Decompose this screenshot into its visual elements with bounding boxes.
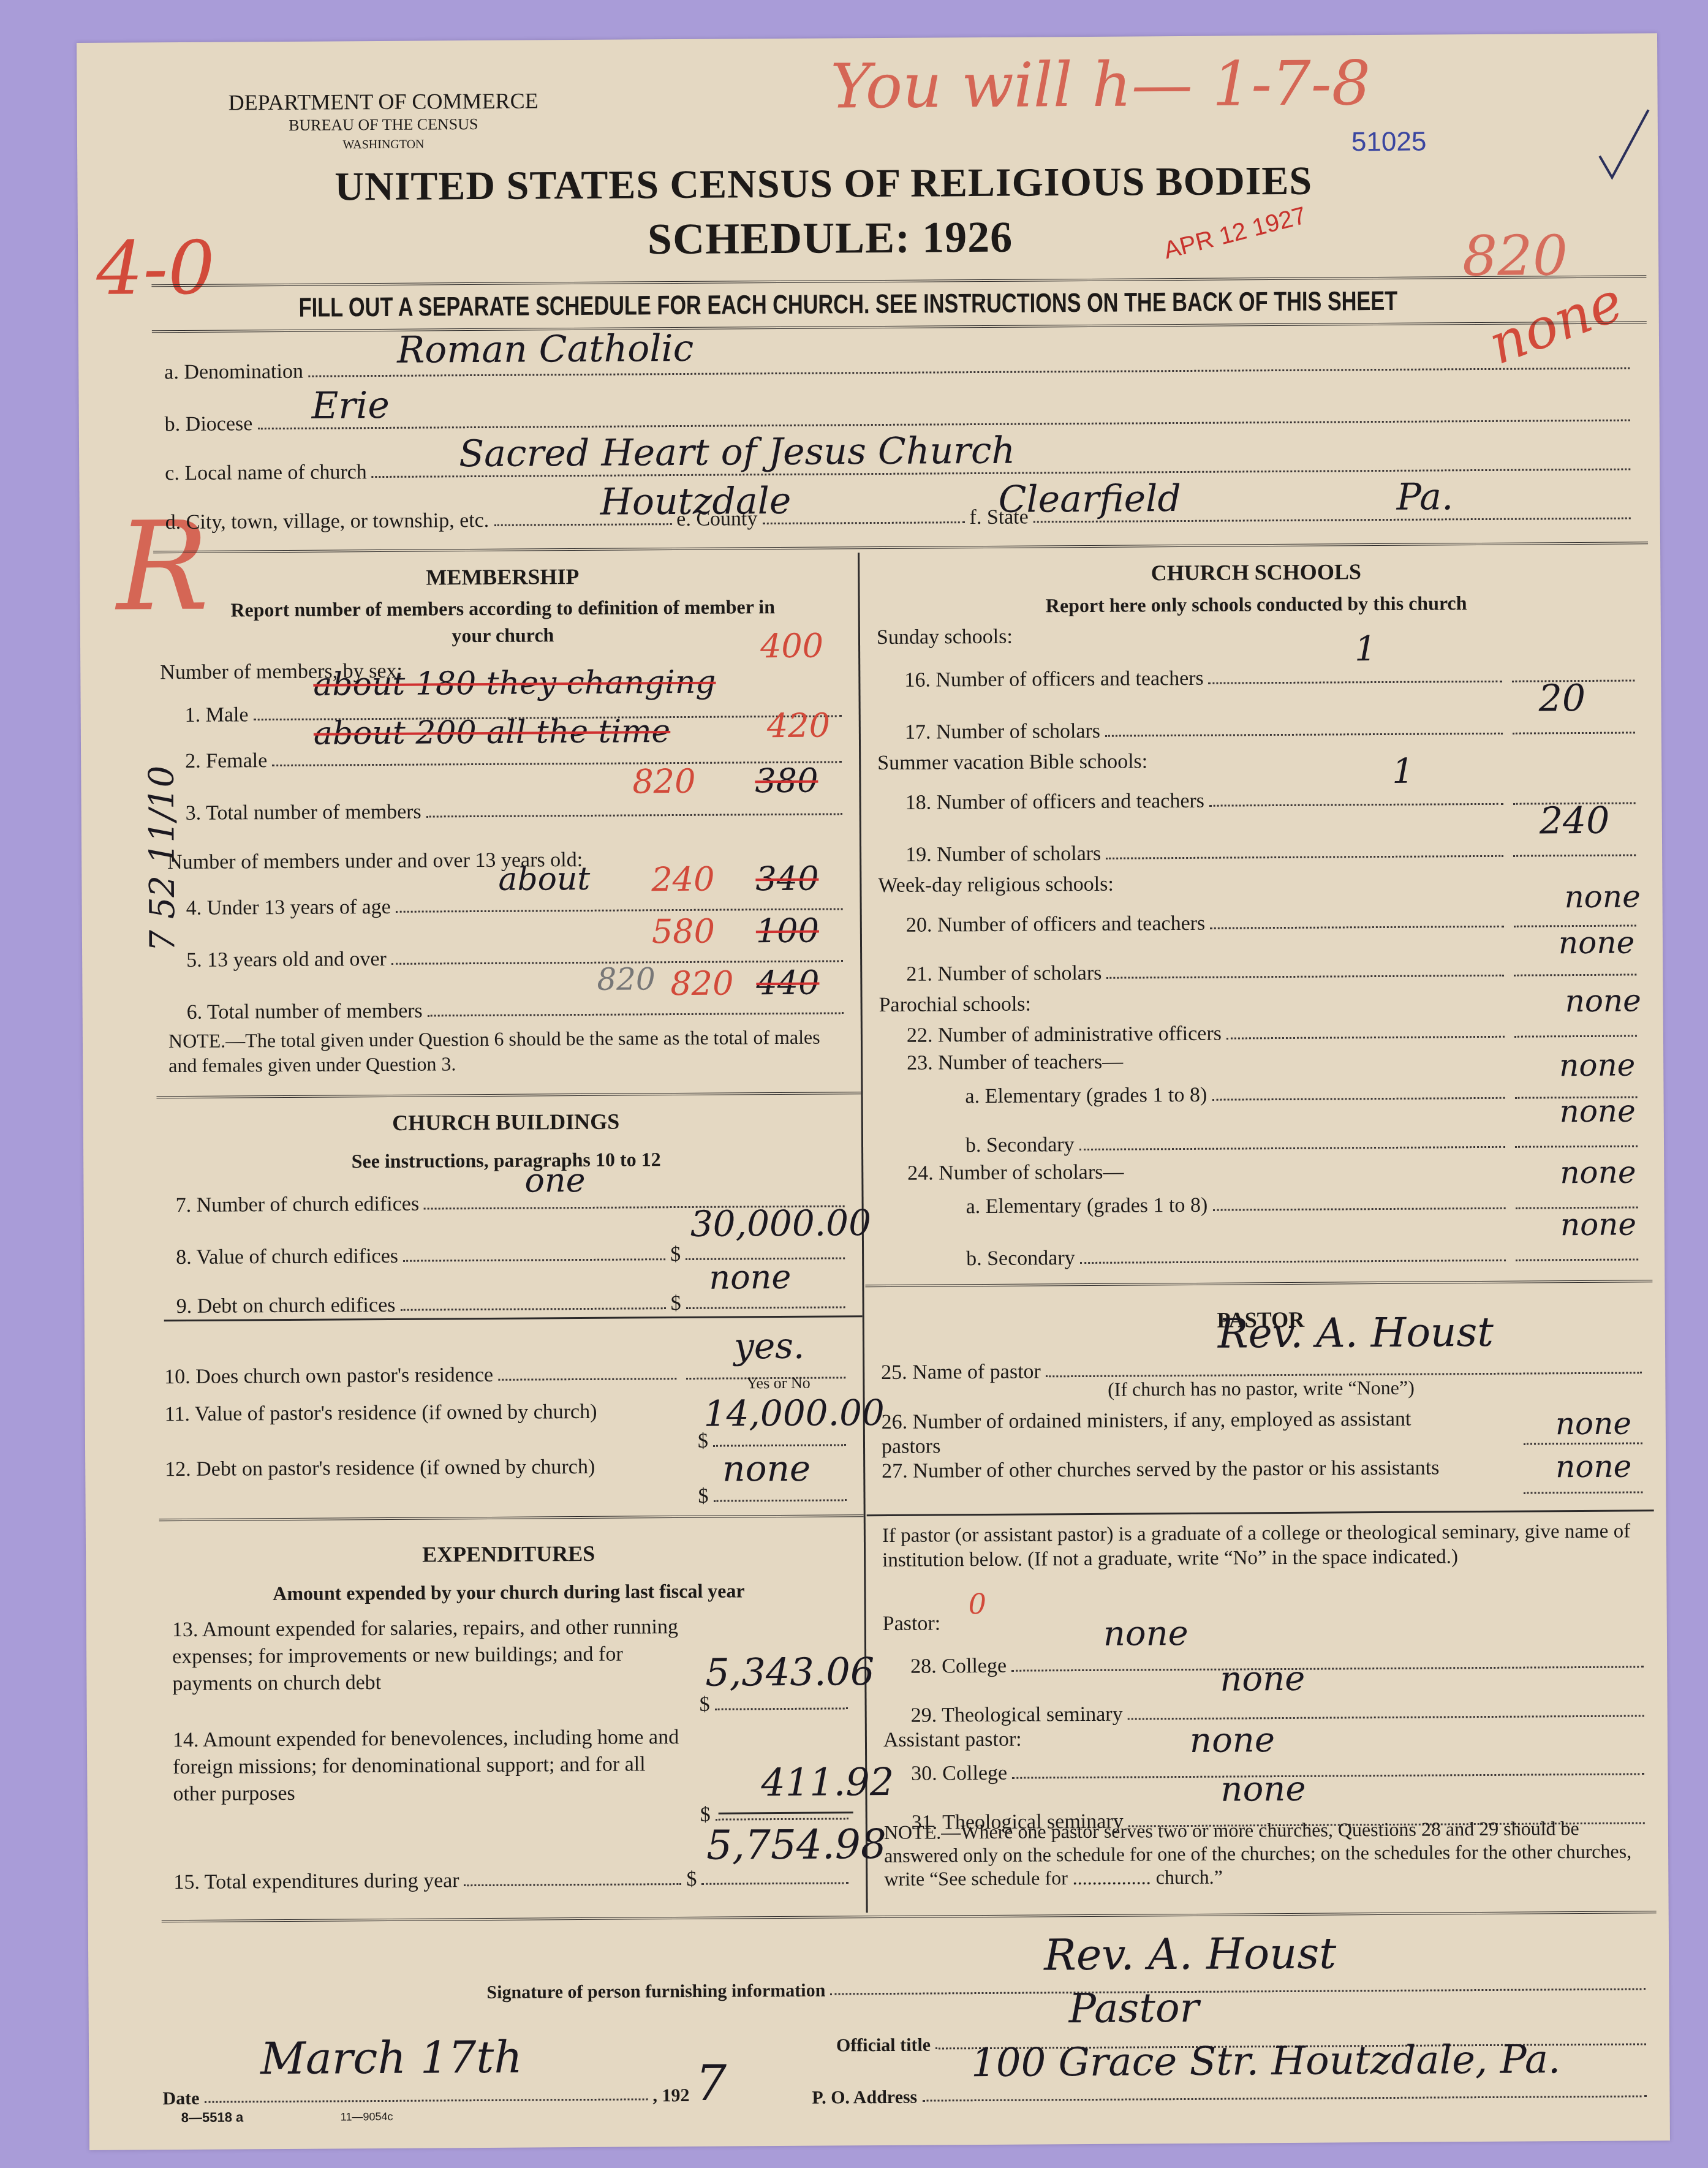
weekday-schools-label: Week-day religious schools: <box>878 873 1114 897</box>
scholars-elementary-field[interactable]: a. Elementary (grades 1 to 8) <box>966 1191 1643 1218</box>
total-expenditures-field[interactable]: 15. Total expenditures during year$ <box>173 1867 853 1894</box>
denomination-value: Roman Catholic <box>397 327 694 372</box>
total-members-label: 3. Total number of members <box>186 801 421 825</box>
scholars-label: 24. Number of scholars— <box>907 1161 1124 1185</box>
pastor-name-value: Rev. A. Houst <box>1218 1309 1494 1358</box>
weekday-scholars-label: 21. Number of scholars <box>906 962 1102 986</box>
teachers-elementary-field[interactable]: a. Elementary (grades 1 to 8) <box>965 1081 1642 1108</box>
sunday-officers-label: 16. Number of officers and teachers <box>904 667 1204 692</box>
diocese-label: b. Diocese <box>165 412 253 436</box>
sunday-officers-value: 1 <box>1355 629 1377 669</box>
teachers-secondary-label: b. Secondary <box>965 1133 1075 1157</box>
residence-debt-value: none <box>722 1448 811 1490</box>
over13-corrected: 580 <box>652 912 715 951</box>
pastor-inner-rule <box>867 1509 1654 1516</box>
total-members-2-label: 6. Total number of members <box>187 1000 423 1024</box>
summer-scholars-field[interactable]: 19. Number of scholars <box>905 839 1641 866</box>
owns-residence-label: 10. Does church own pastor's residence <box>164 1364 493 1389</box>
edifices-debt-label: 9. Debt on church edifices <box>176 1294 395 1318</box>
sunday-scholars-value: 20 <box>1538 677 1585 720</box>
residence-value-amount: 14,000.00 <box>703 1392 885 1435</box>
sunday-schools-label: Sunday schools: <box>877 625 1013 649</box>
benevolences-value: 411.92 <box>761 1759 894 1805</box>
admin-officers-field[interactable]: 22. Number of administrative officers <box>907 1019 1642 1047</box>
pastor-subheading: Pastor: <box>883 1612 941 1636</box>
county-value: Clearfield <box>998 477 1181 521</box>
total-expenditures-value: 5,754.98 <box>706 1821 886 1869</box>
female-label: 2. Female <box>185 749 267 773</box>
signature-label: Signature of person furnishing informati… <box>486 1981 825 2003</box>
membership-rule <box>157 1092 861 1101</box>
sunday-scholars-label: 17. Number of scholars <box>905 720 1100 744</box>
teachers-elementary-label: a. Elementary (grades 1 to 8) <box>965 1084 1207 1108</box>
salaries-expense-value: 5,343.06 <box>705 1649 875 1695</box>
form-title: UNITED STATES CENSUS OF RELIGIOUS BODIES <box>334 158 1312 211</box>
summer-scholars-label: 19. Number of scholars <box>905 842 1101 867</box>
year-prefix: , 192 <box>652 2085 689 2106</box>
total-members-corrected: 820 <box>632 762 695 801</box>
over13-label: 5. 13 years old and over <box>186 948 387 972</box>
female-written-note: about 200 all the time <box>314 713 671 752</box>
header-rule-bottom <box>152 321 1647 335</box>
state-value: Pa. <box>1396 475 1453 519</box>
summer-schools-label: Summer vacation Bible schools: <box>877 750 1147 775</box>
assistant-seminary-value: none <box>1220 1769 1306 1810</box>
red-annotation-4-0: 4-0 <box>96 226 215 312</box>
received-date-stamp: APR 12 1927 <box>1161 202 1309 265</box>
membership-note: NOTE.—The total given under Question 6 s… <box>168 1024 848 1078</box>
pastor-name-hint: (If church has no pastor, write “None”) <box>869 1375 1653 1402</box>
pastor-red-mark: 0 <box>968 1587 986 1620</box>
weekday-scholars-value: none <box>1559 924 1634 961</box>
assistant-college-value: none <box>1190 1720 1275 1761</box>
total2-corrected: 820 <box>670 964 733 1003</box>
owns-residence-value: yes. <box>734 1325 805 1367</box>
fill-out-instruction: FILL OUT A SEPARATE SCHEDULE FOR EACH CH… <box>298 286 1397 323</box>
teachers-secondary-value: none <box>1560 1093 1636 1129</box>
total-members-original: 380 <box>755 761 818 801</box>
pastor-seminary-label: 29. Theological seminary <box>911 1703 1123 1728</box>
scholars-elementary-label: a. Elementary (grades 1 to 8) <box>966 1194 1208 1218</box>
signature-value: Rev. A. Houst <box>1044 1928 1337 1980</box>
salaries-expense-field[interactable]: $ <box>699 1692 852 1717</box>
other-churches-value: none <box>1555 1449 1631 1485</box>
schedule-year: SCHEDULE: 1926 <box>648 212 1013 265</box>
assistant-college-label: 30. College <box>911 1762 1007 1786</box>
weekday-officers-field[interactable]: 20. Number of officers and teachers <box>906 909 1641 937</box>
denomination-label: a. Denomination <box>164 360 303 384</box>
total-members-field[interactable]: 3. Total number of members <box>186 798 847 825</box>
bureau-name: BUREAU OF THE CENSUS <box>169 115 598 135</box>
sunday-scholars-field[interactable]: 17. Number of scholars <box>905 716 1640 744</box>
male-corrected-value: 400 <box>760 627 823 666</box>
admin-officers-value: none <box>1565 983 1641 1019</box>
edifices-value-amount: 30,000.00 <box>690 1202 872 1245</box>
date-field[interactable]: Date, 192 <box>162 2085 689 2109</box>
pastor-seminary-value: none <box>1220 1659 1305 1699</box>
summer-scholars-value: 240 <box>1540 799 1610 843</box>
scholars-elementary-value: none <box>1560 1154 1636 1190</box>
city-label: d. City, town, village, or township, etc… <box>165 509 489 534</box>
edifices-debt-value: none <box>709 1258 791 1297</box>
diocese-value: Erie <box>311 384 390 428</box>
graduate-note: If pastor (or assistant pastor) is a gra… <box>882 1519 1648 1573</box>
residence-debt-label: 12. Debt on pastor's residence (if owned… <box>165 1454 716 1482</box>
other-churches-field[interactable] <box>1519 1491 1647 1500</box>
expenditures-heading: EXPENDITURES <box>159 1539 858 1569</box>
assistant-subheading: Assistant pastor: <box>883 1728 1022 1752</box>
official-title-label: Official title <box>836 2035 931 2057</box>
membership-heading: MEMBERSHIP <box>153 562 852 592</box>
pastor-seminary-field[interactable]: 29. Theological seminary <box>911 1699 1649 1727</box>
yes-or-no-hint: Yes or No <box>746 1374 810 1393</box>
year-value: 7 <box>695 2055 727 2112</box>
pastor-note: NOTE.—Where one pastor serves two or mor… <box>884 1816 1650 1890</box>
local-name-value: Sacred Heart of Jesus Church <box>459 429 1015 476</box>
ident-rule <box>153 542 1648 556</box>
official-title-value: Pastor <box>1068 1984 1199 2032</box>
scholars-secondary-field[interactable]: b. Secondary <box>966 1243 1643 1271</box>
expenditures-subheading: Amount expended by your church during la… <box>159 1579 858 1606</box>
file-number-stamp: 51025 <box>1351 127 1427 158</box>
teachers-elementary-value: none <box>1559 1047 1635 1083</box>
total-members-2-field[interactable]: 6. Total number of members <box>187 997 848 1024</box>
under13-written: about <box>498 861 590 898</box>
weekday-scholars-field[interactable]: 21. Number of scholars <box>906 958 1641 986</box>
total2-original: 440 <box>756 964 819 1003</box>
print-number: 11—9054c <box>341 2110 393 2124</box>
teachers-secondary-field[interactable]: b. Secondary <box>965 1130 1642 1157</box>
pastor-college-label: 28. College <box>910 1655 1007 1679</box>
buildings-subheading: See instructions, paragraphs 10 to 12 <box>157 1147 855 1174</box>
assistant-pastors-label: 26. Number of ordained ministers, if any… <box>882 1407 1445 1459</box>
male-label: 1. Male <box>185 703 249 727</box>
other-churches-label: 27. Number of other churches served by t… <box>882 1456 1445 1484</box>
summer-officers-field[interactable]: 18. Number of officers and teachers <box>905 787 1640 814</box>
footer-rule <box>162 1911 1657 1925</box>
form-number: 8—5518 a <box>181 2109 244 2126</box>
schools-heading: CHURCH SCHOOLS <box>864 557 1648 587</box>
weekday-officers-label: 20. Number of officers and teachers <box>906 912 1206 937</box>
benevolences-label: 14. Amount expended for benevolences, in… <box>173 1724 682 1808</box>
parochial-schools-label: Parochial schools: <box>879 993 1032 1018</box>
address-value: 100 Grace Str. Houtzdale, Pa. <box>971 2037 1561 2086</box>
red-annotation-top: You will h— 1-7-8 <box>830 47 1370 122</box>
male-written-note: about 180 they changing <box>313 664 716 703</box>
address-label: P. O. Address <box>812 2087 917 2109</box>
pastor-college-value: none <box>1103 1614 1188 1654</box>
membership-subheading: Report number of members according to de… <box>215 593 792 651</box>
assistant-pastors-value: none <box>1555 1406 1631 1442</box>
edifices-count-label: 7. Number of church edifices <box>175 1193 419 1217</box>
summer-officers-value: 1 <box>1392 752 1414 791</box>
denomination-field[interactable]: a. Denomination <box>164 352 1634 384</box>
city-value: Houtzdale <box>600 480 791 524</box>
address-field[interactable]: P. O. Address <box>812 2082 1651 2108</box>
department-name: DEPARTMENT OF COMMERCE <box>168 88 597 116</box>
buildings-heading: CHURCH BUILDINGS <box>157 1107 855 1137</box>
local-name-label: c. Local name of church <box>165 461 367 485</box>
checkmark-icon <box>1597 107 1652 183</box>
header-rule-top <box>151 275 1646 289</box>
scholars-secondary-value: none <box>1560 1206 1636 1242</box>
edifices-count-value: one <box>524 1161 586 1200</box>
total-expenditures-label: 15. Total expenditures during year <box>173 1869 459 1894</box>
census-schedule-sheet: DEPARTMENT OF COMMERCE BUREAU OF THE CEN… <box>77 33 1670 2150</box>
schools-rule <box>865 1280 1652 1290</box>
date-label: Date <box>162 2088 199 2109</box>
residence-value-label: 11. Value of pastor's residence (if owne… <box>165 1399 716 1427</box>
salaries-expense-label: 13. Amount expended for salaries, repair… <box>172 1614 681 1698</box>
scholars-secondary-label: b. Secondary <box>966 1247 1075 1271</box>
female-corrected-value: 420 <box>767 706 830 746</box>
edifices-value-label: 8. Value of church edifices <box>176 1245 398 1269</box>
city-name: WASHINGTON <box>169 137 598 153</box>
admin-officers-label: 22. Number of administrative officers <box>907 1022 1222 1048</box>
sunday-officers-field[interactable]: 16. Number of officers and teachers <box>904 664 1639 692</box>
under13-corrected: 240 <box>651 860 714 899</box>
over13-field[interactable]: 5. 13 years old and over <box>186 945 848 972</box>
weekday-officers-value: none <box>1564 878 1640 915</box>
under13-original: 340 <box>755 859 818 899</box>
under13-label: 4. Under 13 years of age <box>186 896 391 920</box>
date-value: March 17th <box>260 2031 523 2085</box>
over13-original: 100 <box>756 912 819 951</box>
buildings-rule <box>159 1514 864 1524</box>
schools-subheading: Report here only schools conducted by th… <box>864 591 1649 618</box>
summer-officers-label: 18. Number of officers and teachers <box>905 790 1204 815</box>
teachers-label: 23. Number of teachers— <box>907 1051 1123 1075</box>
total2-pencil: 820 <box>597 961 656 997</box>
